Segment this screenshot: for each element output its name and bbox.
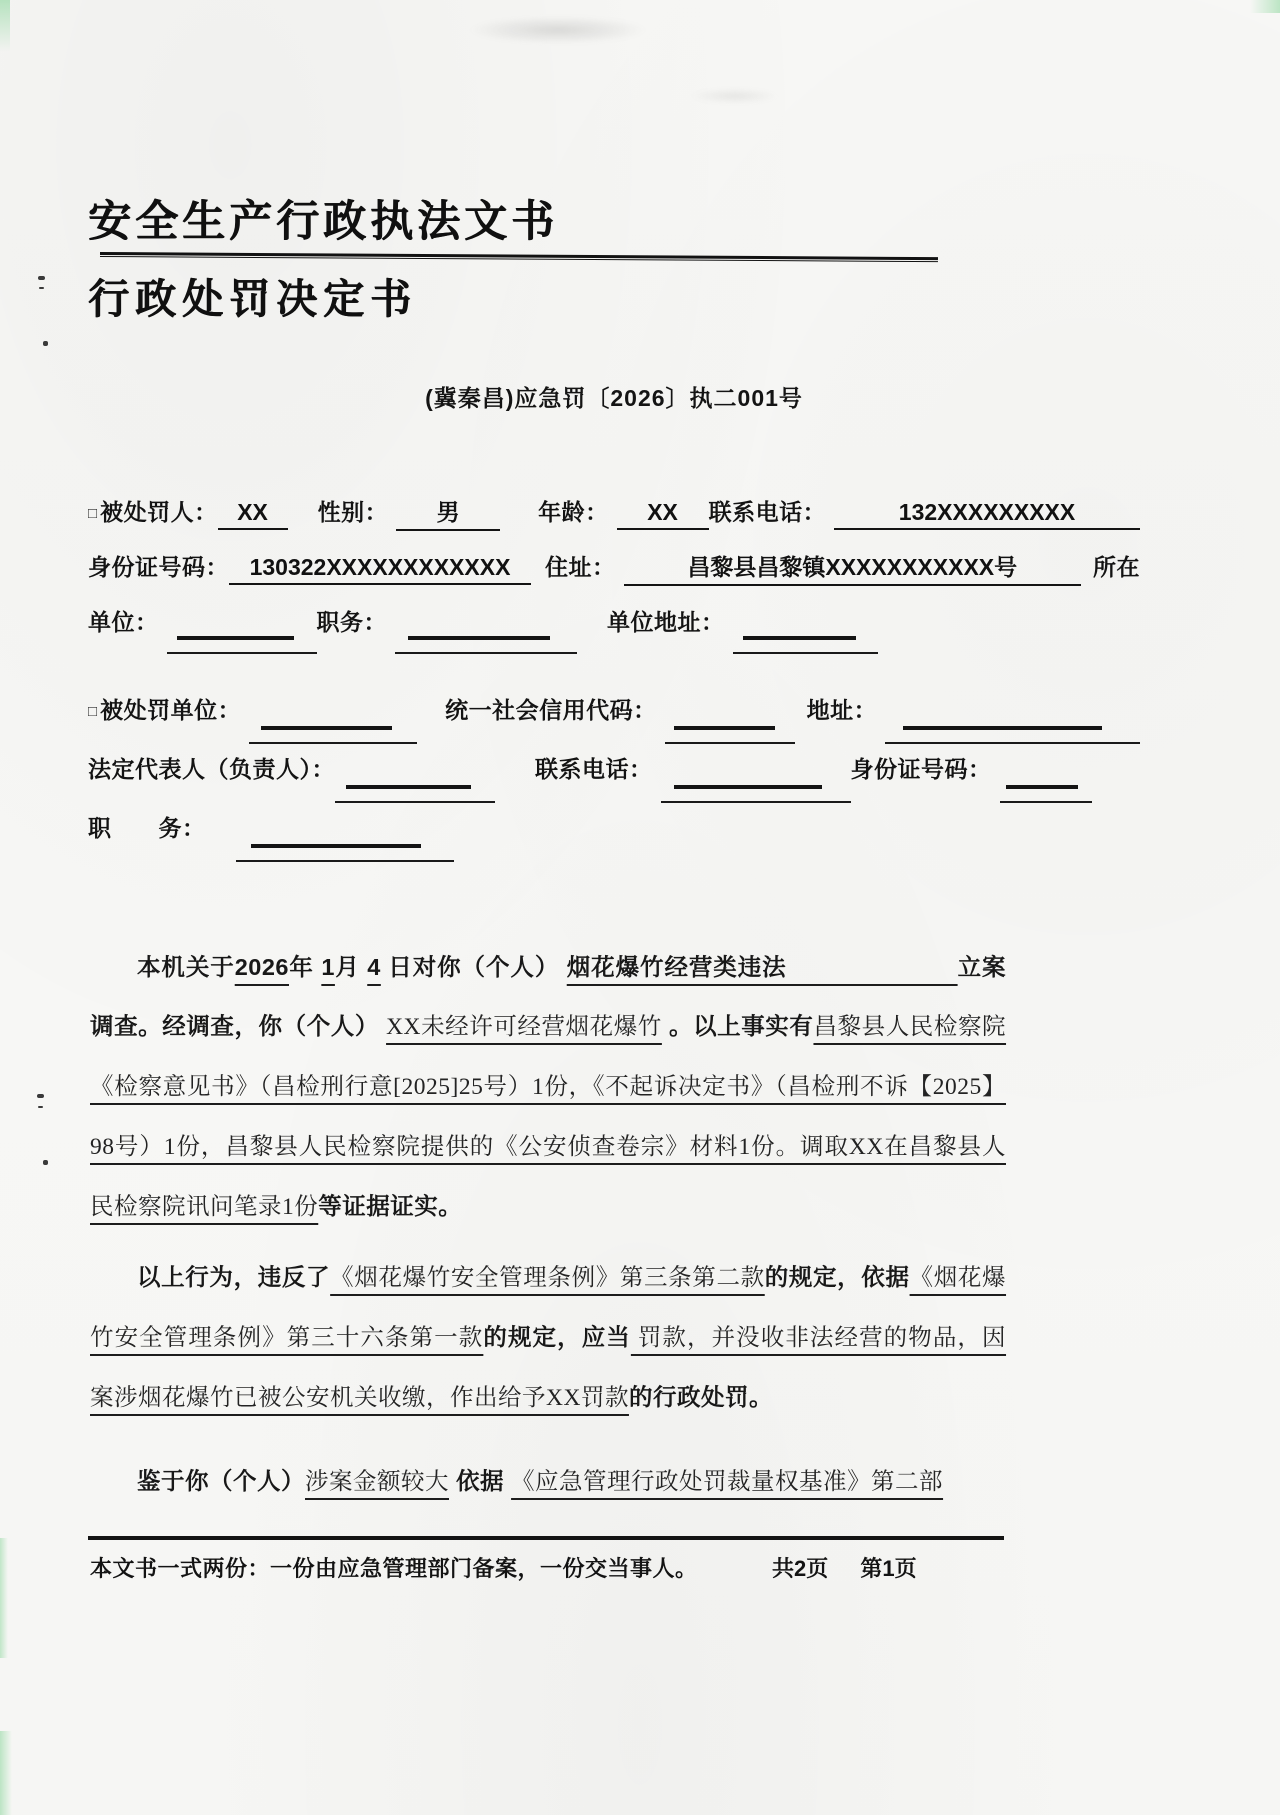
phone-label: 联系电话： [709,494,827,527]
id-number-label: 身份证号码： [88,549,229,582]
phone-value: 132XXXXXXXXX [834,499,1140,530]
template-text: 2026 [235,954,289,980]
unit-id-label: 身份证号码： [851,751,992,784]
scan-edge-artifact [0,0,10,52]
unit-row-2: 法定代表人（负责人）： 联系电话： 身份证号码： [88,751,1140,810]
template-text: 依据 [449,1468,511,1494]
legal-representative-blank-field [335,773,495,803]
work-address-label: 单位地址： [607,604,725,637]
scan-speck [43,1160,48,1165]
duty-blank-field [395,624,577,654]
paragraph-legal-basis: 以上行为，违反了《烟花爆竹安全管理条例》第三条第二款的规定，依据《烟花爆竹安全管… [90,1248,1006,1428]
document-title: 安全生产行政执法文书 [88,188,968,249]
age-value: XX [617,499,709,530]
unit-phone-blank-field [661,773,851,803]
template-text: 4 [367,954,381,980]
template-text: 等证据证实。 [318,1193,462,1219]
scan-edge-artifact [1250,0,1280,13]
scan-speck [43,341,48,346]
credit-code-blank-field [665,714,795,744]
checkbox-glyph: □ [88,703,97,720]
template-text: 本机关于 [137,954,235,980]
template-text: 日对你（个人） [381,954,567,980]
unit-address-blank-field [885,714,1140,744]
filled-in-text: 涉案金额较大 [305,1469,449,1495]
scan-edge-artifact [0,1538,8,1658]
template-text: 以上事实有 [693,1013,813,1039]
template-text: 月 [335,954,367,980]
workplace-label: 单位： [88,604,159,637]
checkbox-glyph: □ [88,505,97,522]
gender-value: 男 [396,494,500,531]
person-row-3: 单位： 职务： 单位地址： [88,604,1140,659]
template-text: 年 [289,954,321,980]
paragraph-case-filing: 本机关于2026年 1月 4 日对你（个人） 烟花爆竹经营类违法 立案调查。经调… [90,938,1006,1237]
person-name-label: 被处罚人： [100,494,218,527]
person-name-value: XX [218,499,288,530]
age-label: 年龄： [538,494,609,527]
page-indicator: 共2页 第1页 [772,1552,917,1583]
filled-in-text: 《应急管理行政处罚裁量权基准》第二部 [511,1469,943,1495]
scan-smudge [690,88,780,104]
footer-note: 本文书一式两份：一份由应急管理部门备案，一份交当事人。 [90,1556,698,1581]
title-divider-rule [100,252,938,262]
workplace-prefix: 所在 [1093,549,1140,582]
filled-in-text: XX未经许可经营烟花爆竹 [386,1014,662,1040]
document-subtitle: 行政处罚决定书 [88,266,968,325]
person-row-1: □ 被处罚人： XX 性别： 男 年龄： XX 联系电话： 132XXXXXXX… [88,494,1140,549]
scanned-document-page: 安全生产行政执法文书 行政处罚决定书 (冀秦昌)应急罚〔2026〕执二001号 … [0,0,1280,1815]
current-page: 第1页 [860,1556,916,1581]
home-address-value: 昌黎县昌黎镇XXXXXXXXXXX号 [624,549,1082,586]
scan-speck [37,1094,44,1098]
template-text: 鉴于你（个人） [137,1468,305,1494]
duty-label: 职务： [317,604,388,637]
unit-name-label: 被处罚单位： [100,692,241,725]
template-text: 1 [321,954,335,980]
footer: 本文书一式两份：一份由应急管理部门备案，一份交当事人。 共2页 第1页 [90,1552,1142,1592]
id-number-value: 130322XXXXXXXXXXXX [229,554,531,585]
gender-label: 性别： [318,494,389,527]
template-text: 的规定，依据 [765,1264,910,1290]
total-pages: 共2页 [772,1556,828,1581]
filled-in-text: 昌黎县人民检察院《检察意见书》（昌检刑行意[2025]25号）1份，《不起诉决定… [90,1014,1006,1220]
template-text: 的规定，应当 [483,1324,631,1350]
unit-phone-label: 联系电话： [535,751,653,784]
unit-row-1: □ 被处罚单位： 统一社会信用代码： 地址： [88,692,1140,751]
penalized-person-section: □ 被处罚人： XX 性别： 男 年龄： XX 联系电话： 132XXXXXXX… [88,494,1140,659]
scan-speck [38,276,45,280]
template-text: 。 [662,1013,693,1039]
unit-duty-label: 职 务： [88,810,206,843]
unit-address-label: 地址： [807,692,878,725]
home-address-label: 住址： [545,549,616,582]
penalized-unit-section: □ 被处罚单位： 统一社会信用代码： 地址： 法定代表人（负责人）： 联系电话：… [88,692,1140,869]
work-address-blank-field [733,624,878,654]
unit-id-blank-field [1000,773,1092,803]
unit-duty-blank-field [236,832,454,862]
template-text: 的行政处罚。 [629,1384,773,1410]
legal-representative-label: 法定代表人（负责人）： [88,751,335,784]
document-number: (冀秦昌)应急罚〔2026〕执二001号 [174,380,1054,413]
unit-row-3: 职 务： [88,810,1140,869]
template-text: 以上行为，违反了 [137,1264,330,1290]
unit-name-blank-field [249,714,417,744]
workplace-blank-field [167,624,317,654]
scan-edge-artifact [0,1731,12,1815]
footer-divider-rule [88,1536,1004,1540]
credit-code-label: 统一社会信用代码： [445,692,657,725]
person-row-2: 身份证号码： 130322XXXXXXXXXXXX 住址： 昌黎县昌黎镇XXXX… [88,549,1140,604]
filled-in-text: 《烟花爆竹安全管理条例》第三条第二款 [330,1265,765,1291]
paragraph-discretion-basis: 鉴于你（个人）涉案金额较大 依据 《应急管理行政处罚裁量权基准》第二部 [90,1452,1006,1512]
template-text: 烟花爆竹经营类违法 [567,954,958,980]
scan-smudge [468,16,648,44]
